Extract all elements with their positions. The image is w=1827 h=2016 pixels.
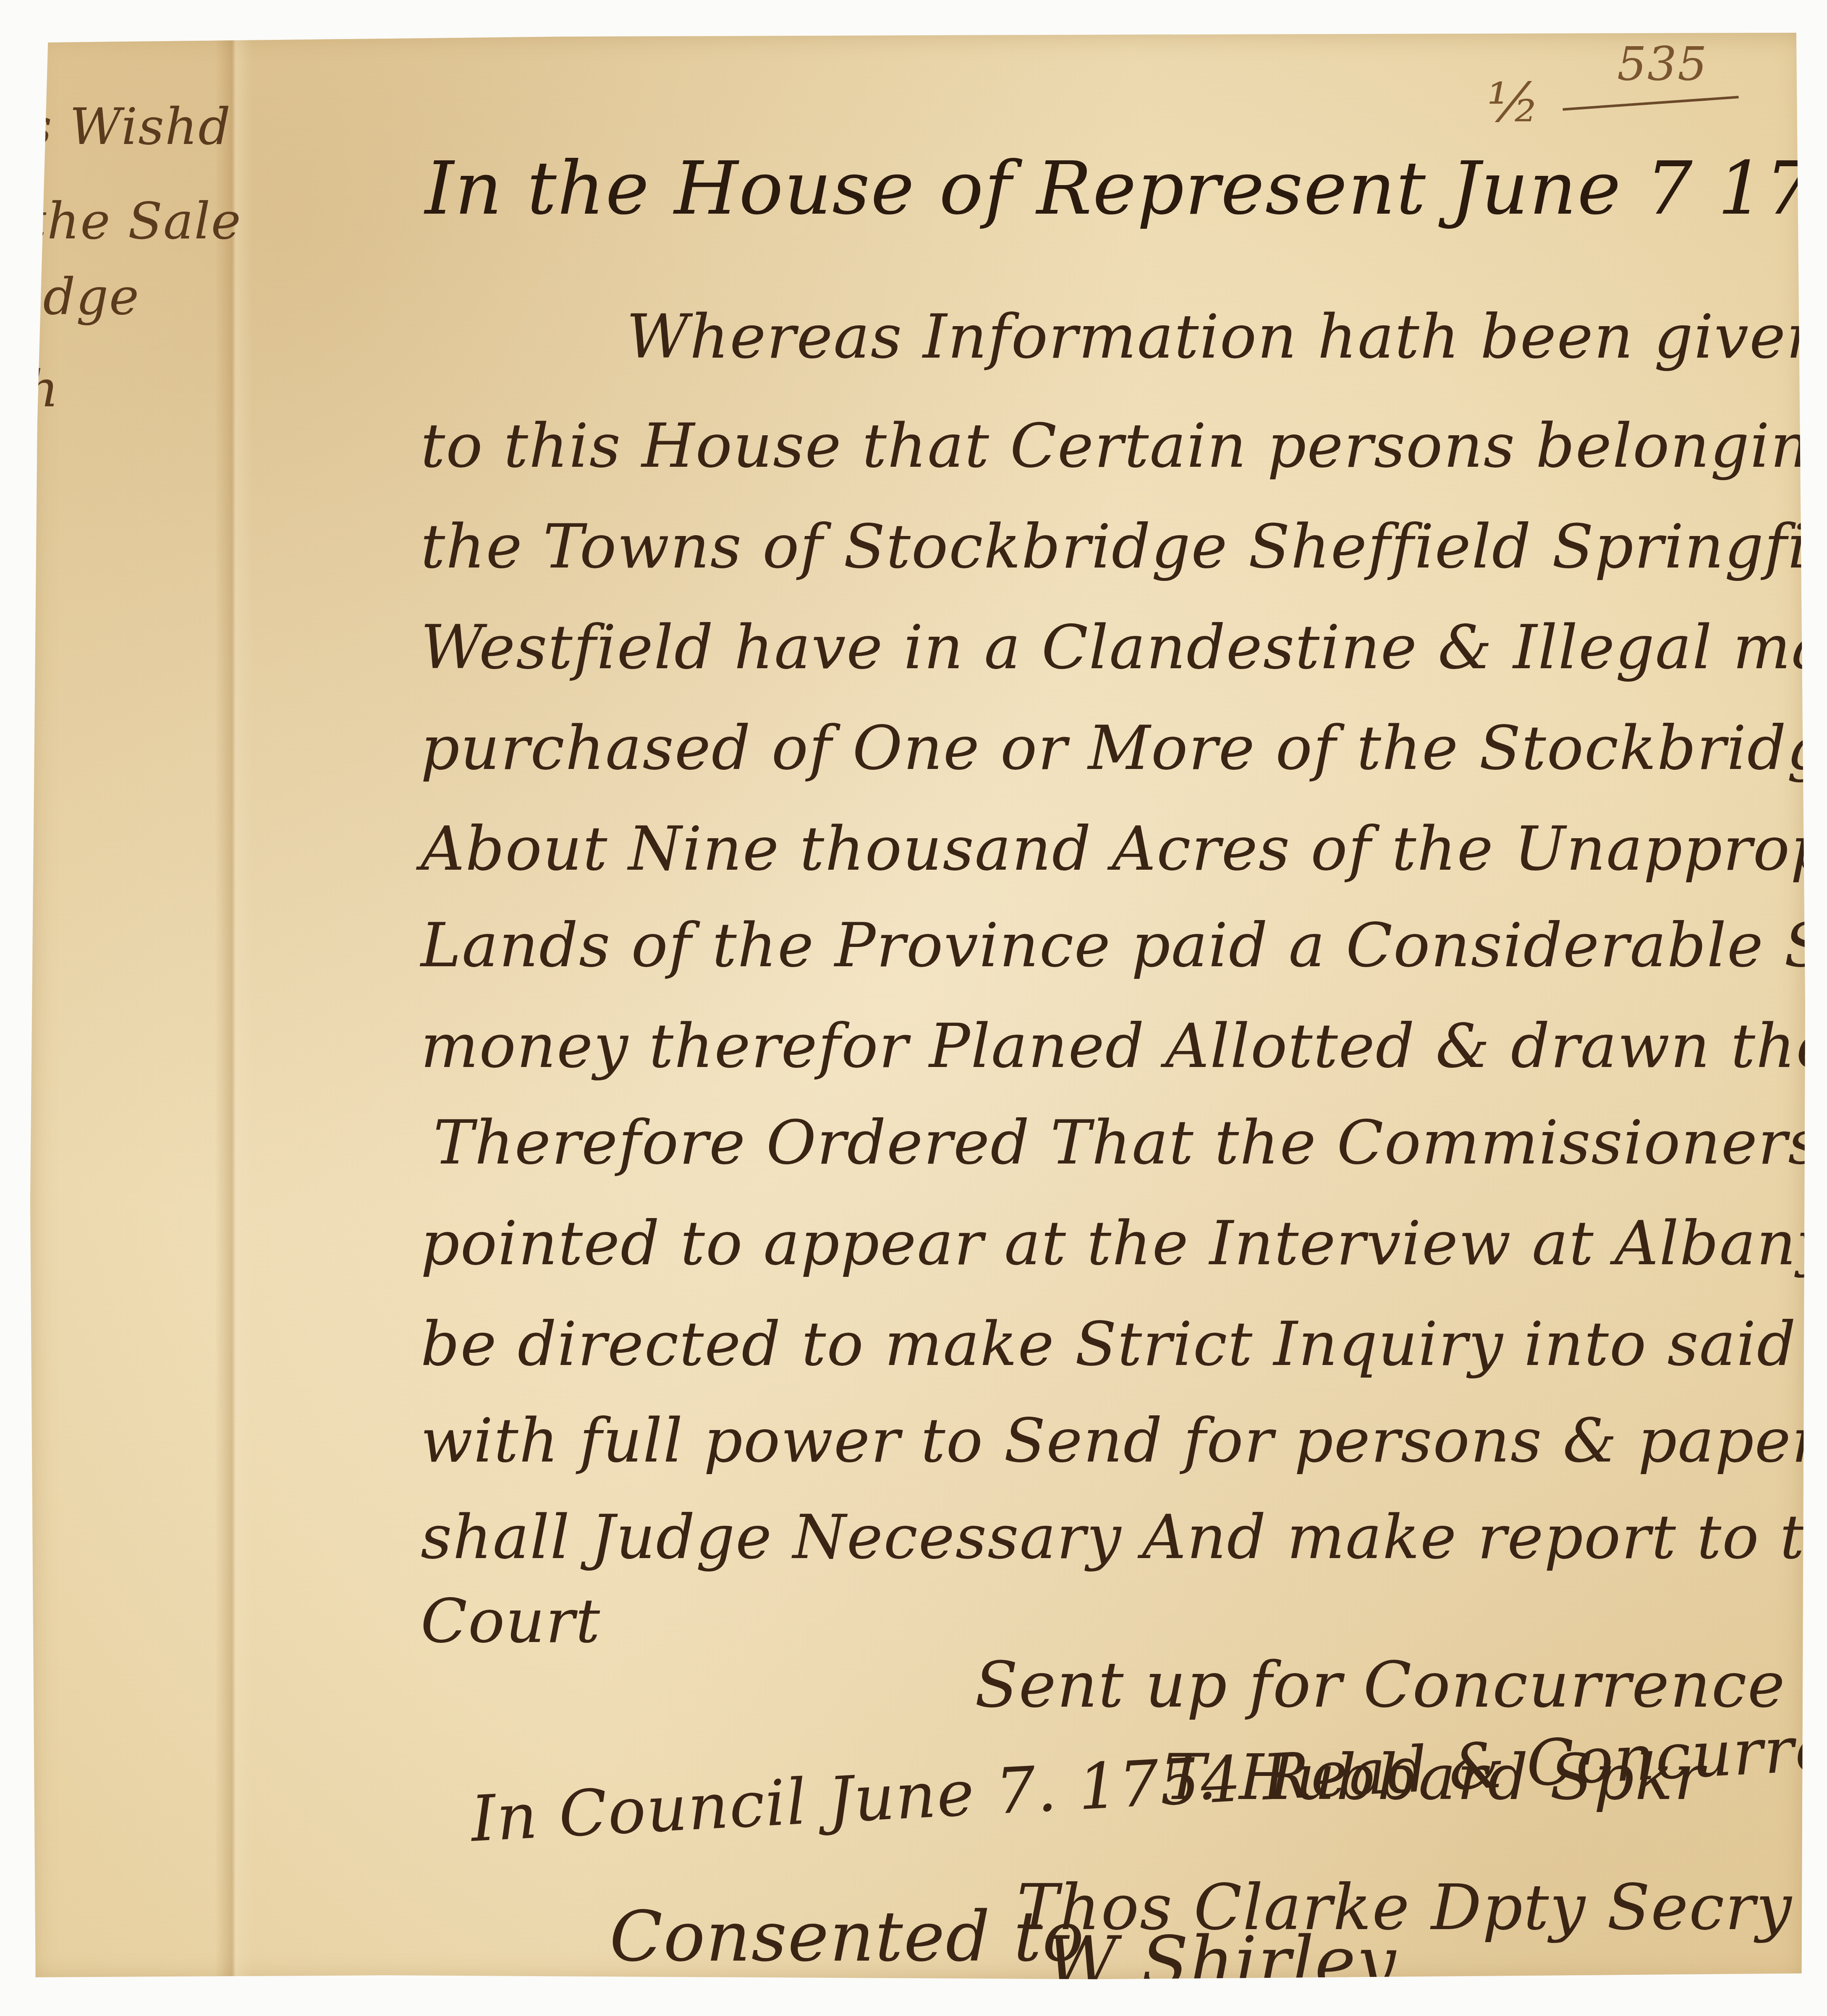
folio-mark: ½ <box>1487 71 1541 134</box>
consent-note: Consented to <box>610 1896 1085 1977</box>
body-line-10: pointed to appear at the Interview at Al… <box>421 1208 1827 1279</box>
governor-signature: W Shirley. <box>1046 1922 1410 2002</box>
margin-note-1: s Wishd <box>26 98 231 156</box>
manuscript-page: s Wishd the Sale idge h 535 ½ In the Hou… <box>30 33 1805 1981</box>
body-line-7: Lands of the Province paid a Considerabl… <box>421 910 1827 981</box>
body-line-4: Westfield have in a Clandestine & Illega… <box>421 612 1827 683</box>
body-line-14: Court <box>421 1586 601 1657</box>
body-line-13: shall Judge Necessary And make report to… <box>421 1502 1827 1573</box>
body-line-1: Whereas Information hath been given <box>626 301 1826 372</box>
sent-up-note: Sent up for Concurrence <box>975 1649 1785 1722</box>
body-line-2: to this House that Certain persons belon… <box>421 411 1827 481</box>
body-line-5: purchased of One or More of the Stockbri… <box>421 713 1827 784</box>
body-line-3: the Towns of Stockbridge Sheffield Sprin… <box>421 511 1827 582</box>
margin-note-3: idge <box>26 268 140 326</box>
body-line-8: money therefor Planed Allotted & drawn t… <box>421 1011 1827 1082</box>
body-line-6: About Nine thousand Acres of the Unappro… <box>421 813 1827 884</box>
folio-underline <box>1563 96 1738 110</box>
body-line-11: be directed to make Strict Inquiry into … <box>421 1309 1827 1380</box>
page-fold <box>215 33 253 1981</box>
folio-number: 535 <box>1617 37 1708 91</box>
document-heading: In the House of Represent June 7 1754 <box>425 146 1827 231</box>
council-note: In Council June 7. 1754 Read & Concurred <box>469 1710 1827 1856</box>
margin-note-4: h <box>26 360 59 418</box>
body-line-9: Therefore Ordered That the Commissioners… <box>433 1107 1827 1178</box>
margin-note-2: the Sale <box>26 192 242 251</box>
body-line-12: with full power to Send for persons & pa… <box>421 1405 1827 1476</box>
